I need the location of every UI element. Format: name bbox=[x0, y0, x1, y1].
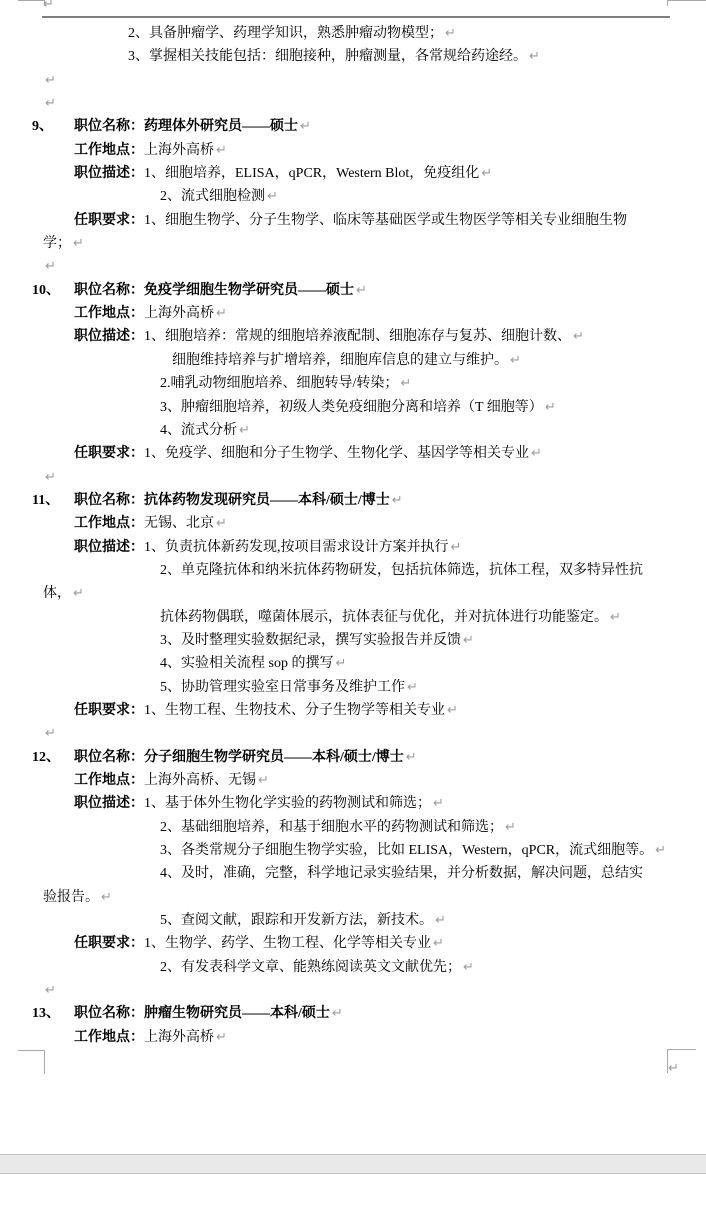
document-line: 工作地点：上海外高桥、无锡↵ bbox=[0, 769, 706, 792]
line-text-bold: 工作地点： bbox=[74, 143, 144, 158]
document-line: 职位描述：1、细胞培养，ELISA，qPCR，Western Blot，免疫组化… bbox=[0, 162, 706, 185]
line-text: 验报告。 bbox=[43, 890, 99, 905]
line-text: 2、流式细胞检测 bbox=[160, 189, 265, 204]
document-line: 13、职位名称：肿瘤生物研究员——本科/硕士↵ bbox=[0, 1002, 706, 1025]
line-text: 上海外高桥 bbox=[144, 143, 214, 158]
line-text: 学； bbox=[43, 236, 71, 251]
text-boundary-mark-top-left bbox=[18, 0, 45, 6]
document-line: 5、查阅文献，跟踪和开发新方法，新技术。↵ bbox=[0, 909, 706, 932]
line-text-bold: 职位描述： bbox=[74, 540, 144, 555]
line-text: 上海外高桥 bbox=[144, 1030, 214, 1045]
document-line: 任职要求：1、生物工程、生物技术、分子生物学等相关专业↵ bbox=[0, 699, 706, 722]
line-text-bold: 11、 bbox=[32, 489, 74, 512]
line-text: 3、各类常规分子细胞生物学实验，比如 ELISA，Western，qPCR，流式… bbox=[160, 843, 653, 858]
line-text: 无锡、北京 bbox=[144, 516, 214, 531]
document-line: ↵ bbox=[0, 92, 706, 115]
line-text-bold: 工作地点： bbox=[74, 516, 144, 531]
document-line: 职位描述：1、细胞培养：常规的细胞培养液配制、细胞冻存与复苏、细胞计数、↵ bbox=[0, 325, 706, 348]
line-text-bold: 职位名称： bbox=[74, 283, 144, 298]
paragraph-mark-icon: ↵ bbox=[433, 796, 444, 811]
paragraph-mark-icon: ↵ bbox=[267, 189, 278, 204]
paragraph-mark-icon: ↵ bbox=[610, 610, 621, 625]
document-line: 任职要求：1、免疫学、细胞和分子生物学、生物化学、基因学等相关专业↵ bbox=[0, 442, 706, 465]
paragraph-mark-icon: ↵ bbox=[655, 843, 666, 858]
paragraph-mark-icon: ↵ bbox=[258, 773, 269, 788]
document-line: 3、各类常规分子细胞生物学实验，比如 ELISA，Western，qPCR，流式… bbox=[0, 839, 706, 862]
document-line: 工作地点：上海外高桥↵ bbox=[0, 1026, 706, 1049]
horizontal-rule bbox=[42, 16, 670, 18]
document-line: ↵ bbox=[0, 255, 706, 278]
line-text-bold: 职位名称： bbox=[74, 750, 144, 765]
line-text-bold: 10、 bbox=[32, 279, 74, 302]
paragraph-mark-icon: ↵ bbox=[45, 73, 56, 88]
document-line: 任职要求：1、细胞生物学、分子生物学、临床等基础医学或生物医学等相关专业细胞生物 bbox=[0, 209, 706, 232]
line-text-bold: 职位名称： bbox=[74, 493, 144, 508]
document-line: 4、实验相关流程 sop 的撰写↵ bbox=[0, 652, 706, 675]
paragraph-mark-icon: ↵ bbox=[505, 820, 516, 835]
paragraph-mark-icon: ↵ bbox=[573, 329, 584, 344]
line-text: 3、掌握相关技能包括：细胞接种，肿瘤测量，各常规给药途经。 bbox=[128, 49, 527, 64]
paragraph-mark-icon: ↵ bbox=[216, 516, 227, 531]
line-text: 5、查阅文献，跟踪和开发新方法，新技术。 bbox=[160, 913, 433, 928]
page-gap bbox=[0, 1154, 706, 1174]
paragraph-mark-icon: ↵ bbox=[101, 890, 112, 905]
line-text-bold: 职位描述： bbox=[74, 166, 144, 181]
paragraph-mark-icon: ↵ bbox=[335, 656, 346, 671]
document-line: 细胞维持培养与扩增培养，细胞库信息的建立与维护。↵ bbox=[0, 349, 706, 372]
paragraph-mark-icon: ↵ bbox=[400, 376, 411, 391]
document-line: ↵ bbox=[0, 979, 706, 1002]
paragraph-mark-icon: ↵ bbox=[45, 983, 56, 998]
document-line: 2、具备肿瘤学、药理学知识，熟悉肿瘤动物模型；↵ bbox=[0, 22, 706, 45]
paragraph-mark-icon: ↵ bbox=[445, 26, 456, 41]
line-text-bold: 肿瘤生物研究员——本科/硕士 bbox=[144, 1006, 330, 1021]
line-text: 1、生物学、药学、生物工程、化学等相关专业 bbox=[144, 936, 431, 951]
document-line: 工作地点：上海外高桥↵ bbox=[0, 302, 706, 325]
line-text: 2、有发表科学文章、能熟练阅读英文文献优先； bbox=[160, 960, 461, 975]
document-line: 职位描述：1、负责抗体新药发现,按项目需求设计方案并执行↵ bbox=[0, 536, 706, 559]
line-text-bold: 职位描述： bbox=[74, 796, 144, 811]
document-line: 2、基础细胞培养，和基于细胞水平的药物测试和筛选；↵ bbox=[0, 816, 706, 839]
paragraph-mark-icon: ↵ bbox=[451, 540, 462, 555]
line-text: 5、协助管理实验室日常事务及维护工作 bbox=[160, 680, 405, 695]
document-line: 11、职位名称：抗体药物发现研究员——本科/硕士/博士↵ bbox=[0, 489, 706, 512]
document-line: 3、肿瘤细胞培养，初级人类免疫细胞分离和培养（T 细胞等）↵ bbox=[0, 396, 706, 419]
line-text-bold: 抗体药物发现研究员——本科/硕士/博士 bbox=[144, 493, 390, 508]
line-text: 4、流式分析 bbox=[160, 423, 237, 438]
document-line: 2.哺乳动物细胞培养、细胞转导/转染；↵ bbox=[0, 372, 706, 395]
paragraph-mark-icon: ↵ bbox=[43, 0, 54, 12]
paragraph-mark-icon: ↵ bbox=[545, 400, 556, 415]
line-text: 3、肿瘤细胞培养，初级人类免疫细胞分离和培养（T 细胞等） bbox=[160, 400, 543, 415]
document-line: 10、职位名称：免疫学细胞生物学研究员——硕士↵ bbox=[0, 279, 706, 302]
paragraph-mark-icon: ↵ bbox=[481, 166, 492, 181]
paragraph-mark-icon: ↵ bbox=[216, 306, 227, 321]
document-line: 9、职位名称：药理体外研究员——硕士↵ bbox=[0, 115, 706, 138]
document-line: 工作地点：无锡、北京↵ bbox=[0, 512, 706, 535]
line-text-bold: 药理体外研究员——硕士 bbox=[144, 119, 298, 134]
line-text: 抗体药物偶联，噬菌体展示，抗体表征与优化，并对抗体进行功能鉴定。 bbox=[160, 610, 608, 625]
paragraph-mark-icon: ↵ bbox=[45, 96, 56, 111]
paragraph-mark-icon: ↵ bbox=[510, 353, 521, 368]
text-lines: 2、具备肿瘤学、药理学知识，熟悉肿瘤动物模型；↵3、掌握相关技能包括：细胞接种，… bbox=[0, 22, 706, 1049]
document-line: ↵ bbox=[0, 466, 706, 489]
line-text: 1、细胞生物学、分子生物学、临床等基础医学或生物医学等相关专业细胞生物 bbox=[144, 213, 627, 228]
line-text-bold: 职位名称： bbox=[74, 1006, 144, 1021]
paragraph-mark-icon: ↵ bbox=[356, 283, 367, 298]
paragraph-mark-icon: ↵ bbox=[216, 143, 227, 158]
document-line: 学；↵ bbox=[0, 232, 706, 255]
line-text-bold: 9、 bbox=[32, 115, 74, 138]
paragraph-mark-icon: ↵ bbox=[447, 703, 458, 718]
paragraph-mark-icon: ↵ bbox=[392, 493, 403, 508]
paragraph-mark-icon: ↵ bbox=[73, 586, 84, 601]
line-text-bold: 任职要求： bbox=[74, 213, 144, 228]
text-boundary-mark-top-right bbox=[667, 0, 706, 6]
paragraph-mark-icon: ↵ bbox=[463, 633, 474, 648]
line-text: 4、实验相关流程 sop 的撰写 bbox=[160, 656, 333, 671]
paragraph-mark-icon: ↵ bbox=[406, 750, 417, 765]
document-line: 职位描述：1、基于体外生物化学实验的药物测试和筛选；↵ bbox=[0, 792, 706, 815]
line-text-bold: 职位描述： bbox=[74, 329, 144, 344]
line-text-bold: 12、 bbox=[32, 746, 74, 769]
line-text: 2.哺乳动物细胞培养、细胞转导/转染； bbox=[160, 376, 398, 391]
document-line: 3、及时整理实验数据纪录，撰写实验报告并反馈↵ bbox=[0, 629, 706, 652]
paragraph-mark-icon: ↵ bbox=[45, 726, 56, 741]
text-boundary-mark-bottom-left bbox=[18, 1050, 45, 1074]
document-line: 任职要求：1、生物学、药学、生物工程、化学等相关专业↵ bbox=[0, 932, 706, 955]
line-text: 1、生物工程、生物技术、分子生物学等相关专业 bbox=[144, 703, 445, 718]
line-text-bold: 任职要求： bbox=[74, 703, 144, 718]
paragraph-mark-icon: ↵ bbox=[668, 1061, 679, 1076]
paragraph-mark-icon: ↵ bbox=[529, 49, 540, 64]
document-line: ↵ bbox=[0, 69, 706, 92]
line-text: 1、细胞培养，ELISA，qPCR，Western Blot，免疫组化 bbox=[144, 166, 479, 181]
line-text: 体， bbox=[43, 586, 71, 601]
paragraph-mark-icon: ↵ bbox=[45, 470, 56, 485]
paragraph-mark-icon: ↵ bbox=[45, 259, 56, 274]
paragraph-mark-icon: ↵ bbox=[531, 446, 542, 461]
document-line: 4、流式分析↵ bbox=[0, 419, 706, 442]
document-line: 体，↵ bbox=[0, 582, 706, 605]
document-line: 2、有发表科学文章、能熟练阅读英文文献优先；↵ bbox=[0, 956, 706, 979]
paragraph-mark-icon: ↵ bbox=[407, 680, 418, 695]
line-text: 1、细胞培养：常规的细胞培养液配制、细胞冻存与复苏、细胞计数、 bbox=[144, 329, 571, 344]
document-line: 3、掌握相关技能包括：细胞接种，肿瘤测量，各常规给药途经。↵ bbox=[0, 45, 706, 68]
paragraph-mark-icon: ↵ bbox=[435, 913, 446, 928]
line-text-bold: 工作地点： bbox=[74, 773, 144, 788]
paragraph-mark-icon: ↵ bbox=[463, 960, 474, 975]
document-line: 2、单克隆抗体和纳米抗体药物研发，包括抗体筛选，抗体工程，双多特异性抗 bbox=[0, 559, 706, 582]
document-line: 12、职位名称：分子细胞生物学研究员——本科/硕士/博士↵ bbox=[0, 746, 706, 769]
line-text: 2、具备肿瘤学、药理学知识，熟悉肿瘤动物模型； bbox=[128, 26, 443, 41]
document-line: 2、流式细胞检测↵ bbox=[0, 185, 706, 208]
line-text-bold: 工作地点： bbox=[74, 1030, 144, 1045]
paragraph-mark-icon: ↵ bbox=[239, 423, 250, 438]
line-text-bold: 任职要求： bbox=[74, 936, 144, 951]
document-line: 抗体药物偶联，噬菌体展示，抗体表征与优化，并对抗体进行功能鉴定。↵ bbox=[0, 606, 706, 629]
line-text-bold: 分子细胞生物学研究员——本科/硕士/博士 bbox=[144, 750, 404, 765]
line-text-bold: 13、 bbox=[32, 1002, 74, 1025]
line-text: 上海外高桥、无锡 bbox=[144, 773, 256, 788]
line-text-bold: 免疫学细胞生物学研究员——硕士 bbox=[144, 283, 354, 298]
line-text-bold: 职位名称： bbox=[74, 119, 144, 134]
line-text: 4、及时，准确，完整，科学地记录实验结果，并分析数据，解决问题，总结实 bbox=[160, 866, 643, 881]
document-line: 5、协助管理实验室日常事务及维护工作↵ bbox=[0, 676, 706, 699]
line-text-bold: 任职要求： bbox=[74, 446, 144, 461]
paragraph-mark-icon: ↵ bbox=[300, 119, 311, 134]
line-text: 1、免疫学、细胞和分子生物学、生物化学、基因学等相关专业 bbox=[144, 446, 529, 461]
paragraph-mark-icon: ↵ bbox=[216, 1030, 227, 1045]
line-text: 1、基于体外生物化学实验的药物测试和筛选； bbox=[144, 796, 431, 811]
paragraph-mark-icon: ↵ bbox=[332, 1006, 343, 1021]
line-text: 2、单克隆抗体和纳米抗体药物研发，包括抗体筛选，抗体工程，双多特异性抗 bbox=[160, 563, 643, 578]
line-text: 2、基础细胞培养，和基于细胞水平的药物测试和筛选； bbox=[160, 820, 503, 835]
document-line: 4、及时，准确，完整，科学地记录实验结果，并分析数据，解决问题，总结实 bbox=[0, 862, 706, 885]
line-text: 3、及时整理实验数据纪录，撰写实验报告并反馈 bbox=[160, 633, 461, 648]
paragraph-mark-icon: ↵ bbox=[73, 236, 84, 251]
document-line: 验报告。↵ bbox=[0, 886, 706, 909]
line-text: 细胞维持培养与扩增培养，细胞库信息的建立与维护。 bbox=[172, 353, 508, 368]
line-text-bold: 工作地点： bbox=[74, 306, 144, 321]
document-page: ↵ 2、具备肿瘤学、药理学知识，熟悉肿瘤动物模型；↵3、掌握相关技能包括：细胞接… bbox=[0, 0, 706, 1209]
document-line: ↵ bbox=[0, 722, 706, 745]
paragraph-mark-icon: ↵ bbox=[433, 936, 444, 951]
line-text: 上海外高桥 bbox=[144, 306, 214, 321]
line-text: 1、负责抗体新药发现,按项目需求设计方案并执行 bbox=[144, 540, 449, 555]
document-line: 工作地点：上海外高桥↵ bbox=[0, 139, 706, 162]
